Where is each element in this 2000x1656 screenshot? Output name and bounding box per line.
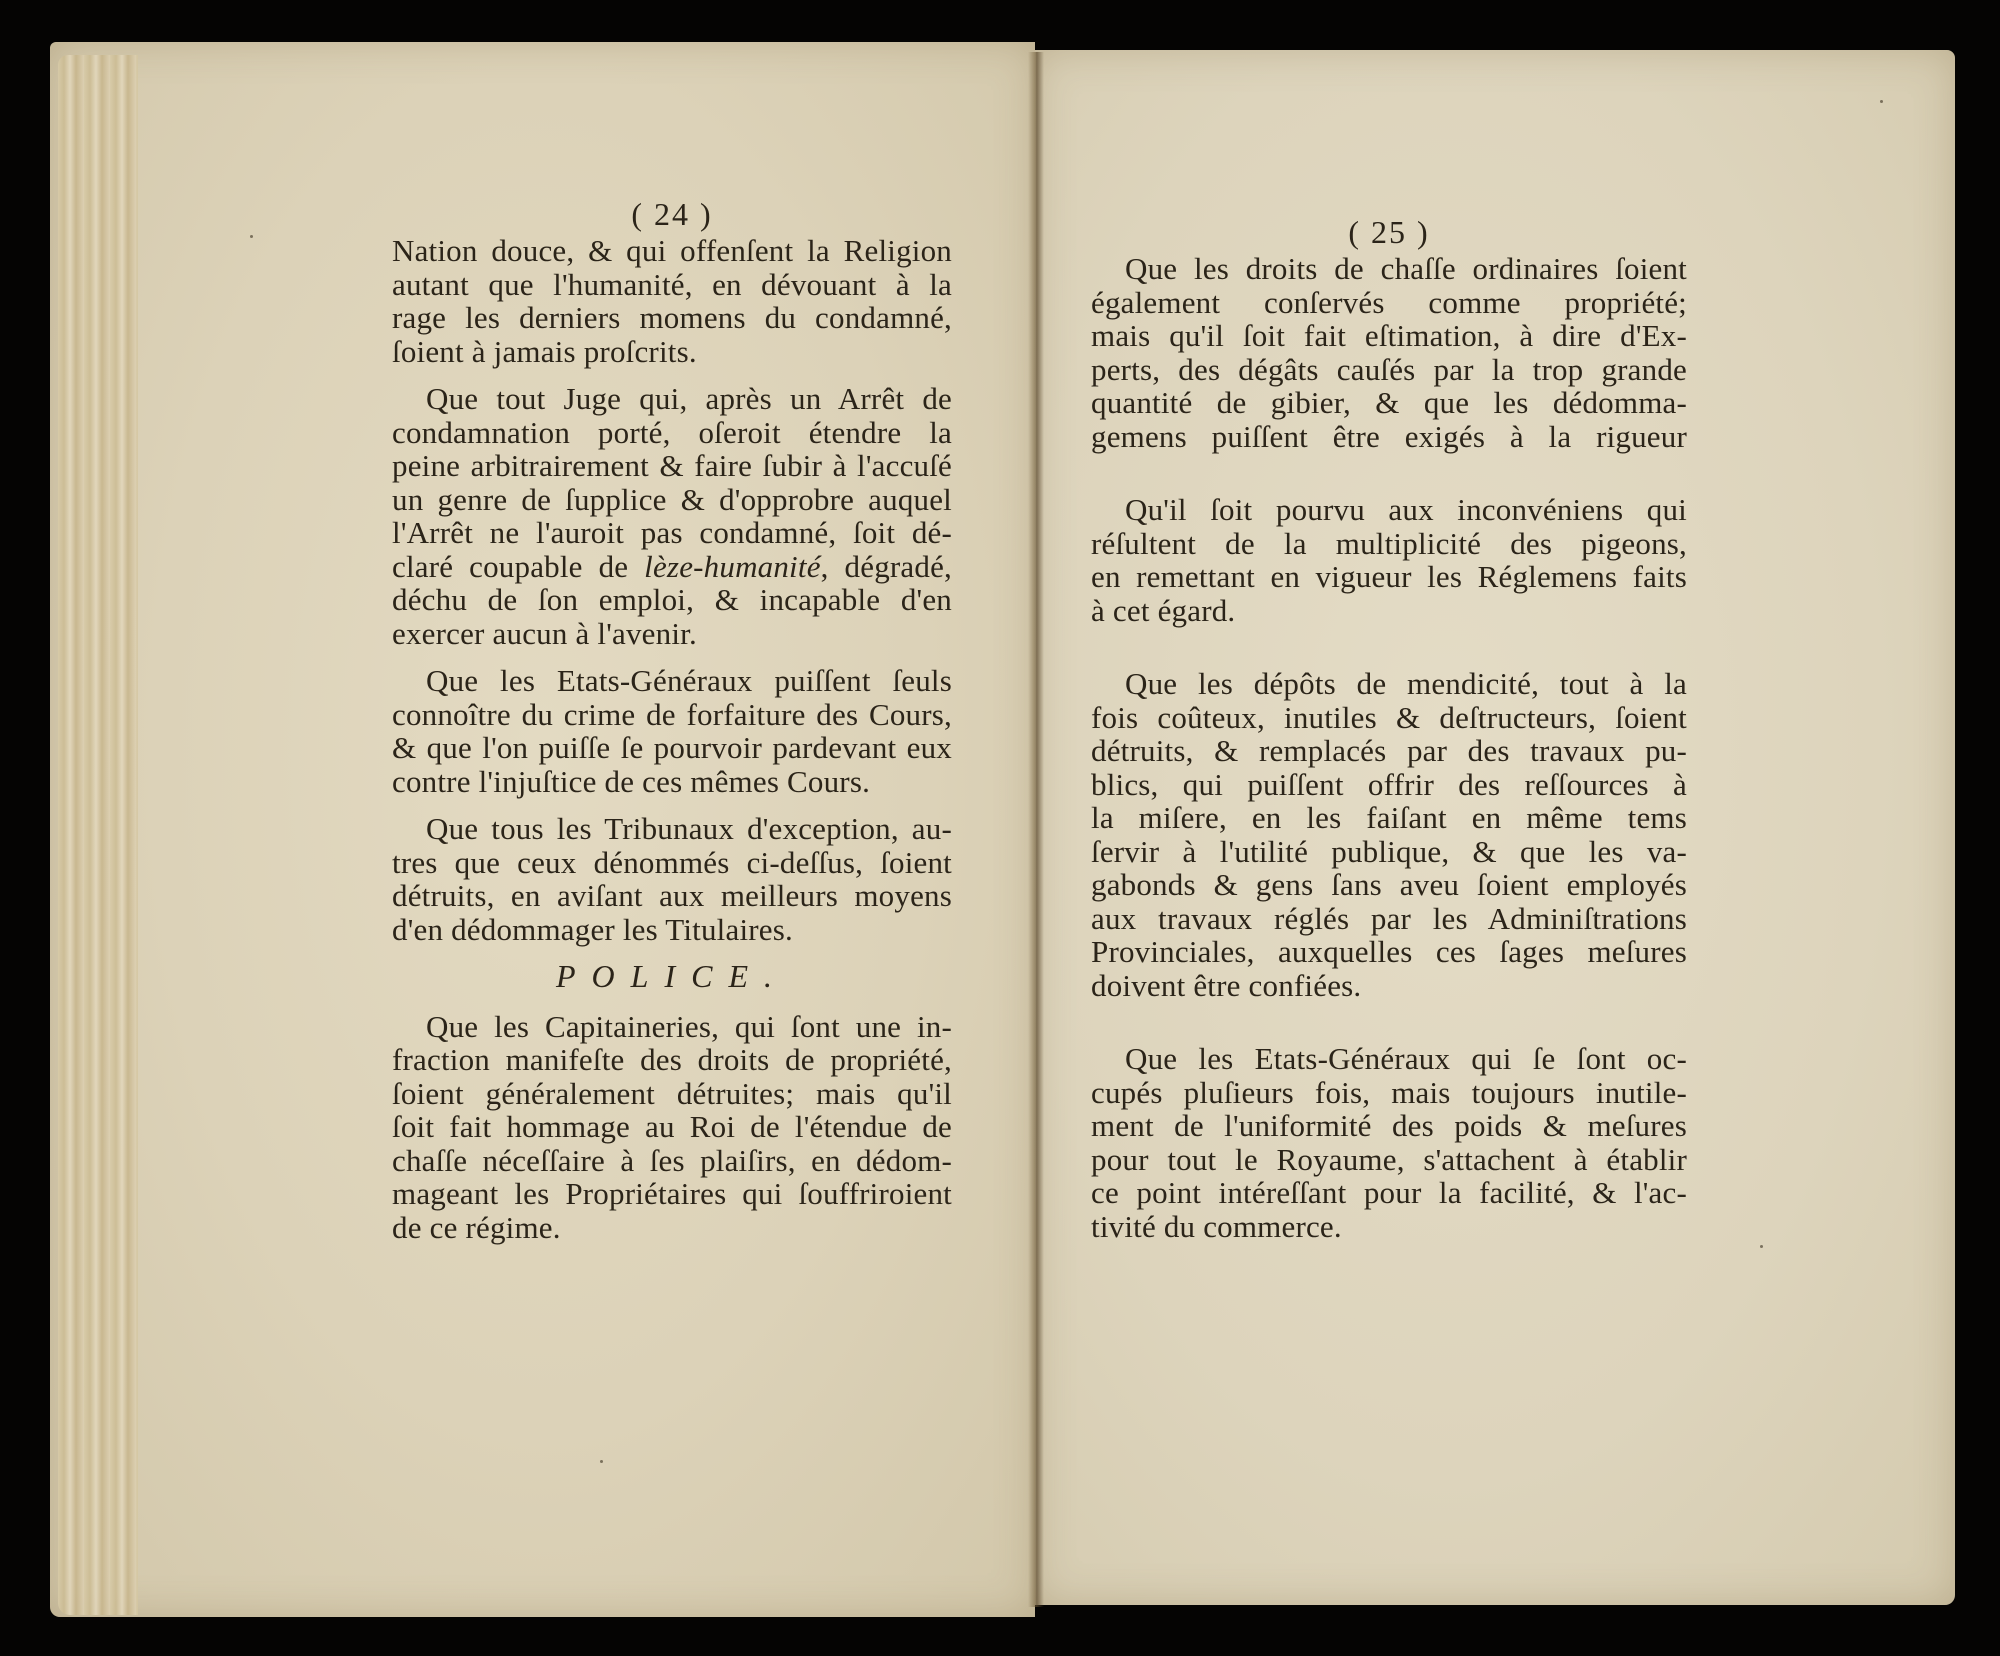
text-line-with-italic: claré coupable de lèze-humanité, dégradé… bbox=[392, 550, 952, 584]
section-heading-police: POLICE. bbox=[392, 960, 952, 994]
text-line: Que les droits de chaſſe ordinaires ſoie… bbox=[1091, 252, 1687, 286]
page-edges-stack bbox=[58, 55, 138, 1615]
text-line: la miſere, en les faiſant en même tems bbox=[1091, 801, 1687, 835]
text-line: ſoit fait hommage au Roi de l'étendue de bbox=[392, 1110, 952, 1144]
text-line: exercer aucun à l'avenir. bbox=[392, 617, 952, 651]
paper-speck bbox=[600, 1460, 603, 1463]
text-line: également conſervés comme propriété; bbox=[1091, 286, 1687, 320]
paragraph: Qu'il ſoit pourvu aux inconvéniens qui r… bbox=[1091, 493, 1687, 627]
text-line: perts, des dégâts cauſés par la trop gra… bbox=[1091, 353, 1687, 387]
text-line: ce point intéreſſant pour la facilité, &… bbox=[1091, 1176, 1687, 1210]
text-line: rage les derniers momens du condamné, bbox=[392, 301, 952, 335]
text-line: ment de l'uniformité des poids & meſures bbox=[1091, 1109, 1687, 1143]
text-line: mais qu'il ſoit fait eſtimation, à dire … bbox=[1091, 319, 1687, 353]
paragraph: Que les dépôts de mendicité, tout à la f… bbox=[1091, 667, 1687, 1002]
text-line: un genre de ſupplice & d'opprobre auquel bbox=[392, 483, 952, 517]
text-line: de ce régime. bbox=[392, 1211, 952, 1245]
text-line: réſultent de la multiplicité des pigeons… bbox=[1091, 527, 1687, 561]
text-line: autant que l'humanité, en dévouant à la bbox=[392, 268, 952, 302]
paragraph: Que tous les Tribunaux d'exception, au- … bbox=[392, 812, 952, 946]
text-line: Provinciales, auxquelles ces ſages meſur… bbox=[1091, 935, 1687, 969]
text-line: gemens puiſſent être exigés à la rigueur bbox=[1091, 420, 1687, 454]
paragraph: Nation douce, & qui offenſent la Religio… bbox=[392, 234, 952, 368]
text-line: l'Arrêt ne l'auroit pas condamné, ſoit d… bbox=[392, 516, 952, 550]
text-line: Que tout Juge qui, après un Arrêt de bbox=[392, 382, 952, 416]
text-line: mageant les Propriétaires qui ſouffriroi… bbox=[392, 1177, 952, 1211]
page-number-left: ( 24 ) bbox=[542, 196, 802, 232]
book-spread: ( 24 ) Nation douce, & qui offenſent la … bbox=[0, 0, 2000, 1656]
text-line: pour tout le Royaume, s'attachent à étab… bbox=[1091, 1143, 1687, 1177]
text-line: ſoient généralement détruites; mais qu'i… bbox=[392, 1077, 952, 1111]
paragraph: Que les Etats-Généraux qui ſe ſont oc- c… bbox=[1091, 1042, 1687, 1243]
text-line: aux travaux réglés par les Adminiſtratio… bbox=[1091, 902, 1687, 936]
text-line: fraction manifeſte des droits de proprié… bbox=[392, 1043, 952, 1077]
paper-speck bbox=[250, 235, 253, 238]
text-line: Qu'il ſoit pourvu aux inconvéniens qui bbox=[1091, 493, 1687, 527]
page-number-right: ( 25 ) bbox=[1091, 214, 1687, 250]
paragraph: Que les Etats-Généraux puiſſent ſeuls co… bbox=[392, 664, 952, 798]
text-line: déchu de ſon emploi, & incapable d'en bbox=[392, 583, 952, 617]
text-line: tivité du commerce. bbox=[1091, 1210, 1687, 1244]
text-line: peine arbitrairement & faire ſubir à l'a… bbox=[392, 449, 952, 483]
text-line: tres que ceux dénommés ci-deſſus, ſoient bbox=[392, 846, 952, 880]
text-line: gabonds & gens ſans aveu ſoient employés bbox=[1091, 868, 1687, 902]
text-line: ſoient à jamais proſcrits. bbox=[392, 335, 952, 369]
italic-term: lèze-humanité bbox=[644, 549, 821, 584]
text-line: chaſſe néceſſaire à ſes plaiſirs, en déd… bbox=[392, 1144, 952, 1178]
text-line: connoître du crime de forfaiture des Cou… bbox=[392, 698, 952, 732]
text-line: contre l'injuſtice de ces mêmes Cours. bbox=[392, 765, 952, 799]
text-line: & que l'on puiſſe ſe pourvoir pardevant … bbox=[392, 731, 952, 765]
left-page-text: ( 24 ) Nation douce, & qui offenſent la … bbox=[392, 196, 952, 1258]
text-line: en remettant en vigueur les Réglemens fa… bbox=[1091, 560, 1687, 594]
text-line: ſervir à l'utilité publique, & que les v… bbox=[1091, 835, 1687, 869]
text-line: doivent être confiées. bbox=[1091, 969, 1687, 1003]
text-line: détruits, en aviſant aux meilleurs moyen… bbox=[392, 879, 952, 913]
text-line: Que les Etats-Généraux qui ſe ſont oc- bbox=[1091, 1042, 1687, 1076]
text-line: cupés pluſieurs fois, mais toujours inut… bbox=[1091, 1076, 1687, 1110]
text-fragment: , dégradé, bbox=[821, 549, 952, 584]
text-fragment: claré coupable de bbox=[392, 549, 644, 584]
paper-speck bbox=[1880, 100, 1883, 103]
text-line: détruits, & remplacés par des travaux pu… bbox=[1091, 734, 1687, 768]
paper-speck bbox=[1760, 1245, 1763, 1248]
text-line: blics, qui puiſſent offrir des reſſource… bbox=[1091, 768, 1687, 802]
text-line: à cet égard. bbox=[1091, 594, 1687, 628]
text-line: Nation douce, & qui offenſent la Religio… bbox=[392, 234, 952, 268]
paragraph: Que tout Juge qui, après un Arrêt de con… bbox=[392, 382, 952, 650]
text-line: condamnation porté, oſeroit étendre la bbox=[392, 416, 952, 450]
text-line: Que les dépôts de mendicité, tout à la bbox=[1091, 667, 1687, 701]
right-page-text: ( 25 ) Que les droits de chaſſe ordinair… bbox=[1091, 218, 1687, 1257]
text-line: Que les Capitaineries, qui ſont une in- bbox=[392, 1010, 952, 1044]
paragraph: Que les Capitaineries, qui ſont une in- … bbox=[392, 1010, 952, 1245]
text-line: d'en dédommager les Titulaires. bbox=[392, 913, 952, 947]
gutter-fold bbox=[1028, 52, 1044, 1607]
text-line: Que tous les Tribunaux d'exception, au- bbox=[392, 812, 952, 846]
text-line: quantité de gibier, & que les dédomma- bbox=[1091, 386, 1687, 420]
text-line: fois coûteux, inutiles & deſtructeurs, ſ… bbox=[1091, 701, 1687, 735]
paragraph: Que les droits de chaſſe ordinaires ſoie… bbox=[1091, 252, 1687, 453]
text-line: Que les Etats-Généraux puiſſent ſeuls bbox=[392, 664, 952, 698]
